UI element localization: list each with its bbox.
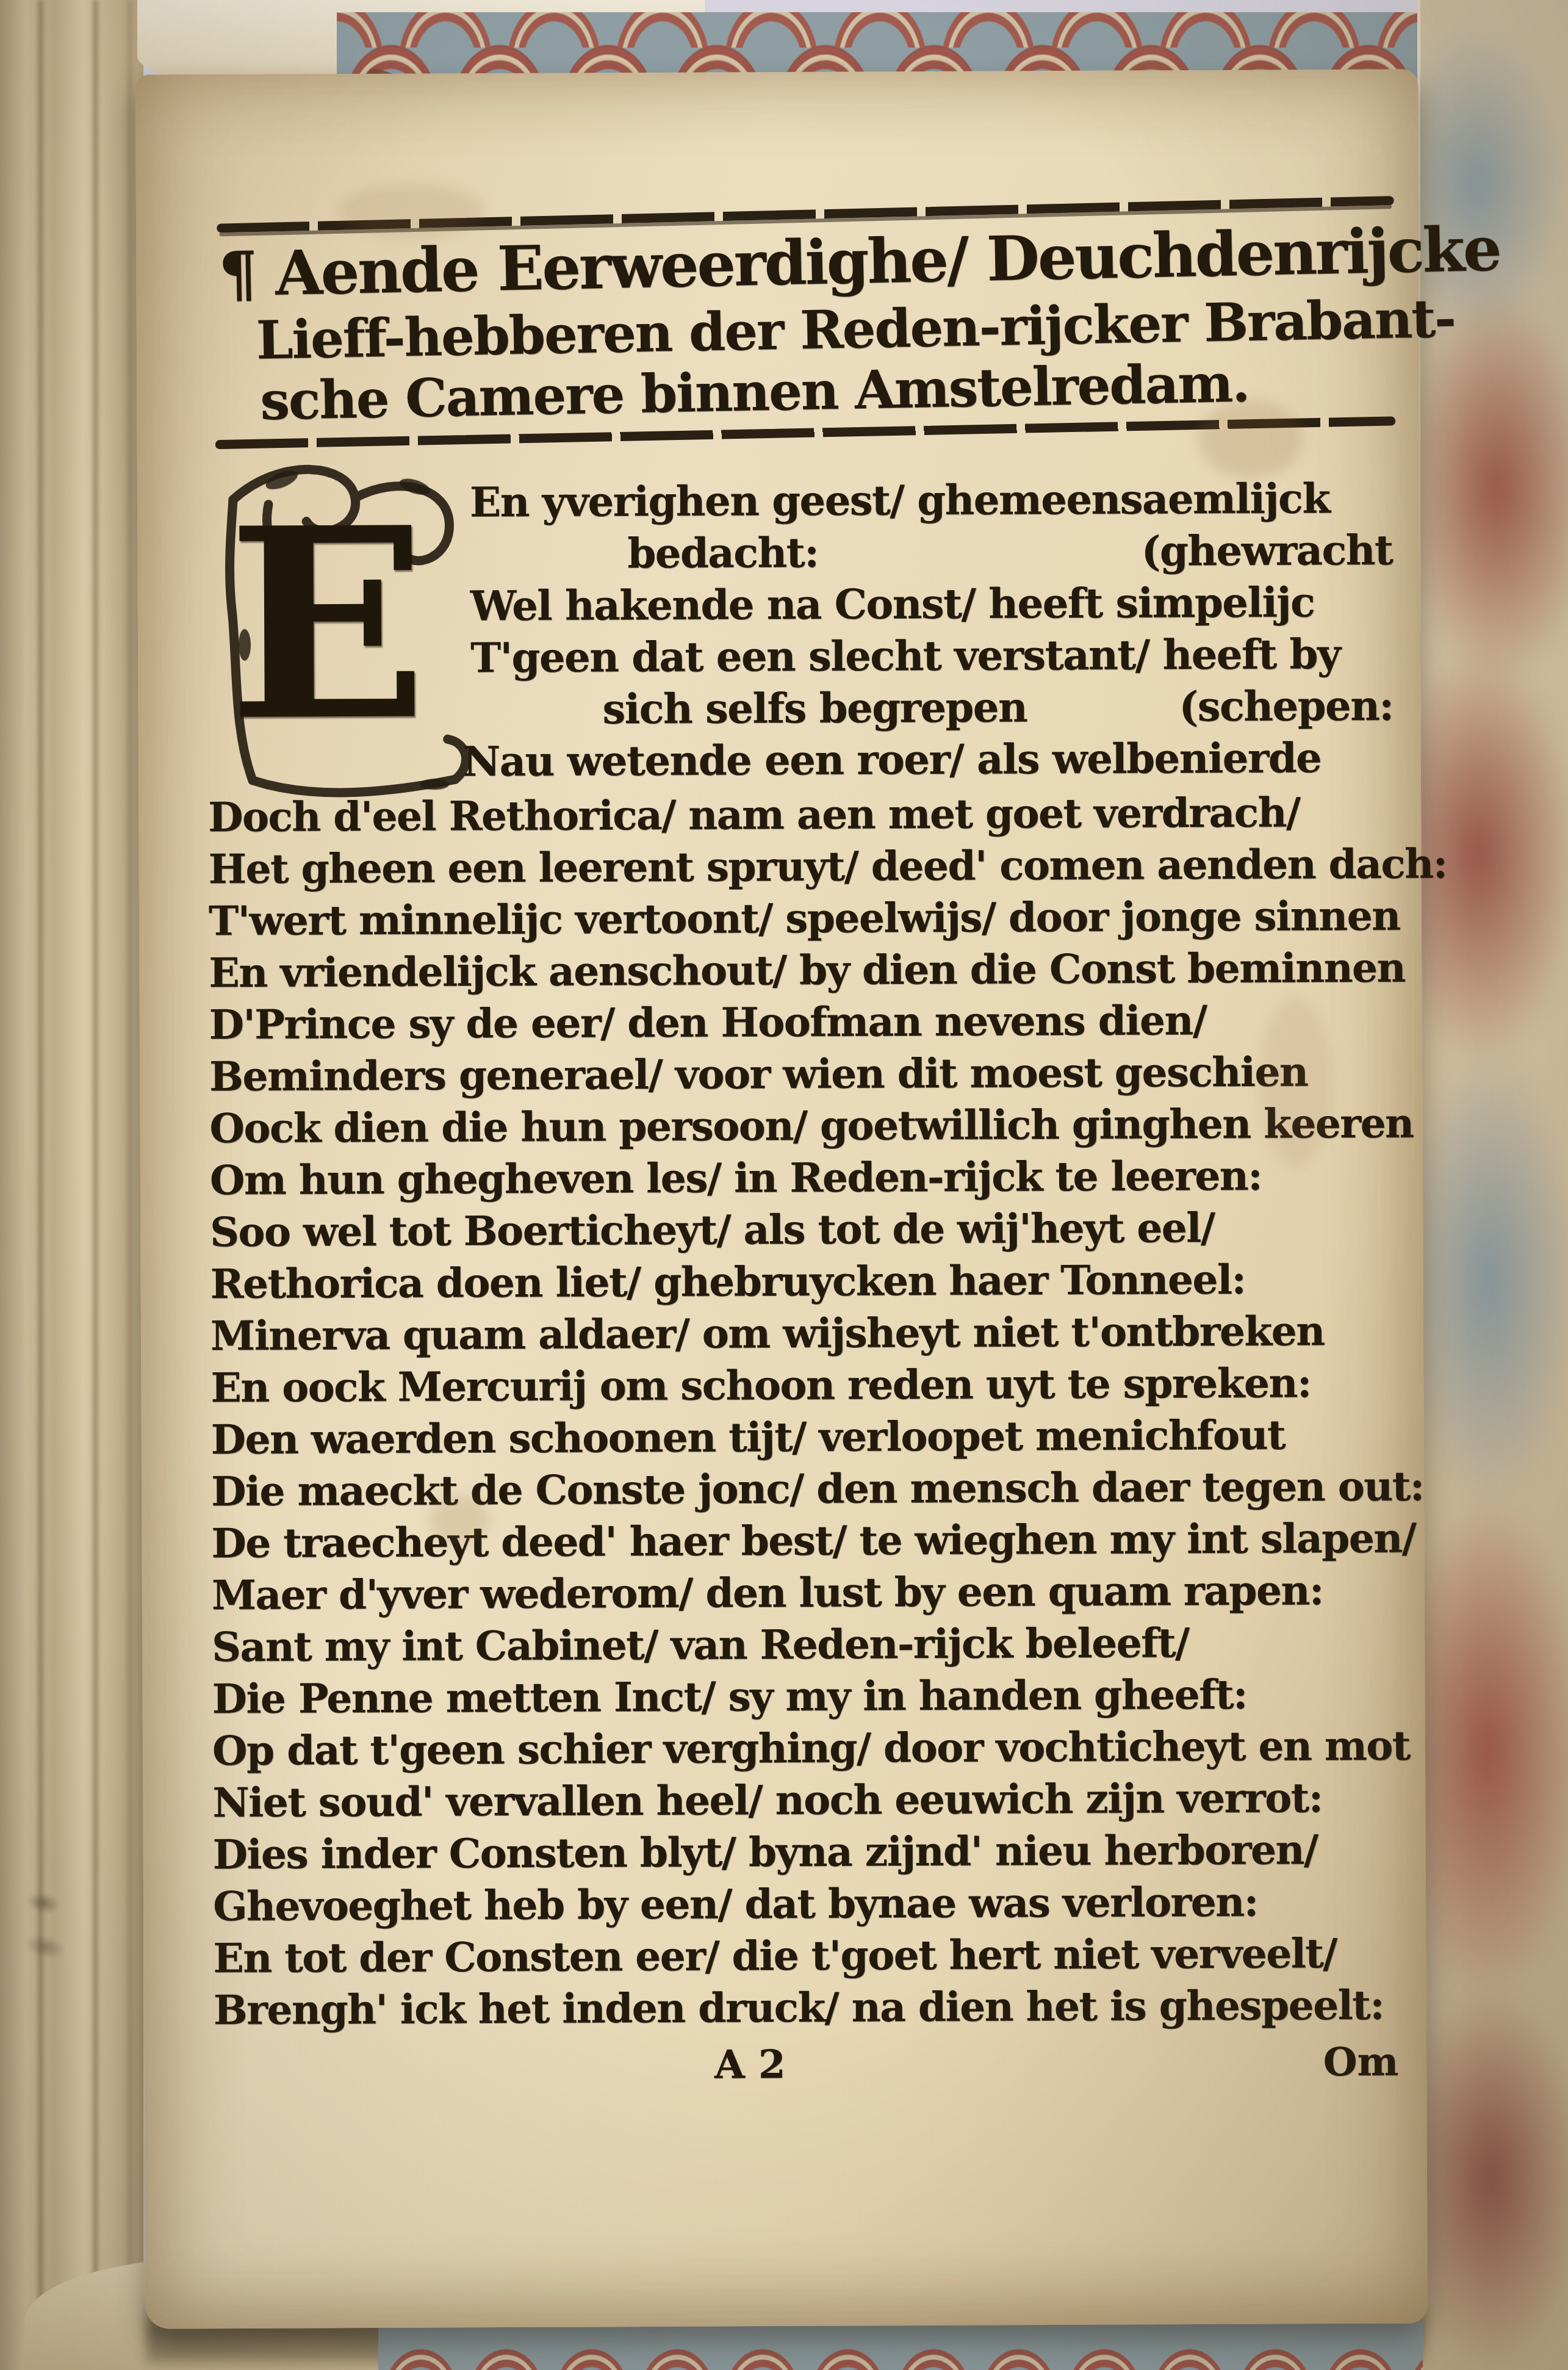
poem-line: Dies inder Consten blyt/ byna zijnd' nie…: [212, 1824, 1397, 1881]
poem-line-text: Wel hakende na Const/ heeft simpelijc: [470, 578, 1315, 630]
poem-line: En vriendelijck aenschout/ by dien die C…: [209, 942, 1394, 999]
poem-line: Het gheen een leerent spruyt/ deed' come…: [208, 838, 1393, 895]
rhyme-word: (ghewracht: [1141, 526, 1392, 575]
poem-line: Beminders generael/ voor wien dit moest …: [209, 1046, 1394, 1103]
poem-line: Die Penne metten Inct/ sy my in handen g…: [212, 1668, 1397, 1725]
poem-line: Rethorica doen liet/ ghebruycken haer To…: [210, 1253, 1395, 1310]
poem-line: En oock Mercurij om schoon reden uyt te …: [210, 1357, 1395, 1414]
poem-line: Om hun ghegheven les/ in Reden-rijck te …: [210, 1150, 1395, 1206]
poem-body: Doch d'eel Rethorica/ nam aen met goet v…: [208, 787, 1398, 2036]
poem-line-text: sich selfs begrepen: [602, 683, 1027, 733]
poem-opening-line: Nau wetende een roer/ als welbenierde: [463, 733, 1386, 789]
left-page-edges: [0, 0, 143, 2370]
poem-line: Die maeckt de Conste jonc/ den mensch da…: [211, 1461, 1396, 1518]
poem-line-text: Nau wetende een roer/ als welbenierde: [463, 733, 1322, 785]
poem-opening-line: T'geen dat een slecht verstant/ heeft by: [470, 630, 1393, 685]
book-page: ¶ Aende Eerweerdighe/ Deuchdenrijcke Lie…: [135, 69, 1428, 2329]
marble-swirl: [1417, 1501, 1568, 2001]
poem-opening-line: En yverighen geest/ ghemeensaemlijck: [470, 474, 1392, 530]
page-crease: [93, 0, 98, 2370]
photo-of-antique-book-page: ¶ Aende Eerweerdighe/ Deuchdenrijcke Lie…: [0, 0, 1568, 2370]
marbled-endpaper-bottom: [378, 2322, 1423, 2370]
page-crease: [38, 0, 43, 2370]
catchword: Om: [1323, 2039, 1399, 2086]
poem-opening-line: sich selfs begrepen (schepen:: [470, 682, 1393, 737]
poem-line: Sant my int Cabinet/ van Reden-rijck bel…: [212, 1616, 1397, 1673]
poem-line: Brengh' ick het inden druck/ na dien het…: [214, 1979, 1398, 2036]
poem-line-text: En yverighen geest/ ghemeensaemlijck: [470, 474, 1330, 526]
poem-line: En tot der Consten eer/ die t'goet hert …: [213, 1928, 1398, 1984]
poem-line: De traecheyt deed' haer best/ te wieghen…: [211, 1513, 1396, 1569]
signature-mark: A 2: [109, 2039, 1391, 2091]
poem-line-text: bedacht:: [627, 528, 818, 577]
page-crease: [127, 0, 132, 2370]
marbled-endpaper-right: [1417, 0, 1568, 2370]
poem-line: Den waerden schoonen tijt/ verloopet men…: [211, 1409, 1396, 1466]
poem-line-text: T'geen dat een slecht verstant/ heeft by: [470, 630, 1340, 682]
marble-swirl: [1417, 293, 1568, 683]
marble-swirl: [1417, 1050, 1568, 1513]
paper-stain: [337, 183, 484, 239]
poem-line: Ghevoeghet heb by een/ dat bynae was ver…: [213, 1876, 1398, 1932]
marble-swirl: [1417, 1983, 1568, 2370]
initial-letter: E: [227, 472, 428, 778]
poem-line: Oock dien die hun persoon/ goetwillich g…: [209, 1098, 1394, 1154]
rhyme-word: (schepen:: [1179, 682, 1393, 731]
poem-line: T'wert minnelijc vertoont/ speelwijs/ do…: [209, 890, 1394, 947]
poem-line: Op dat t'geen schier verghing/ door voch…: [212, 1720, 1397, 1777]
poem-line: D'Prince sy de eer/ den Hoofman nevens d…: [209, 994, 1394, 1051]
poem-line: Doch d'eel Rethorica/ nam aen met goet v…: [208, 787, 1393, 843]
poem-line: Minerva quam aldaer/ om wijsheyt niet t'…: [210, 1305, 1395, 1362]
poem-line: Niet soud' vervallen heel/ noch eeuwich …: [212, 1772, 1397, 1829]
poem-opening-line: Wel hakende na Const/ heeft simpelijc: [470, 578, 1393, 633]
poem-line: Soo wel tot Boerticheyt/ als tot de wij'…: [210, 1201, 1395, 1258]
woodcut-initial-E: E: [195, 461, 472, 805]
poem-opening-line: bedacht: (ghewracht: [470, 526, 1392, 582]
poem-line: Maer d'yver wederom/ den lust by een qua…: [212, 1565, 1397, 1621]
